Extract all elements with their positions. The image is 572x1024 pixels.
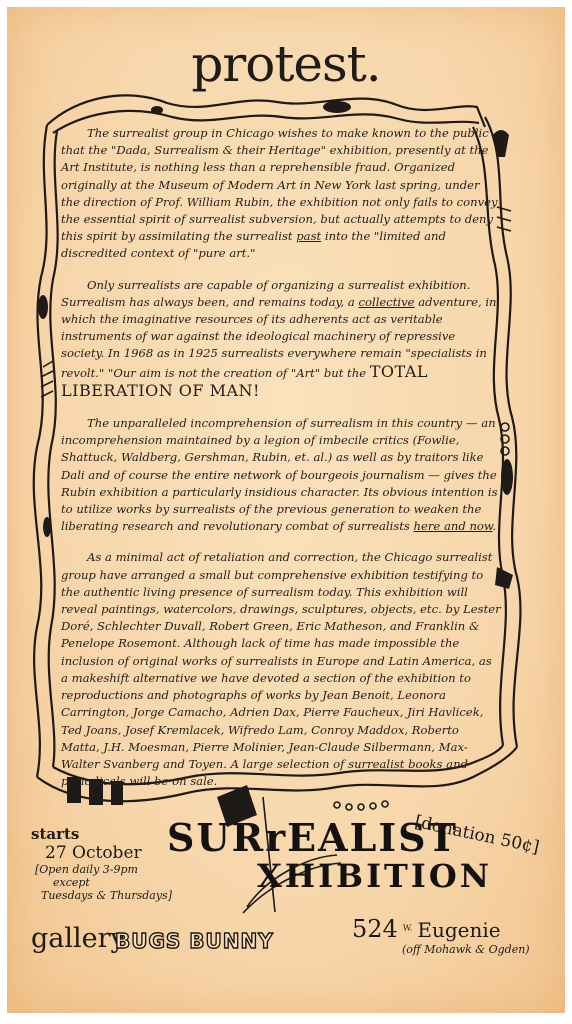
hours-except: except xyxy=(31,876,172,889)
paragraph-1: The surrealist group in Chicago wishes t… xyxy=(61,125,501,263)
paragraph-4: As a minimal act of retaliation and corr… xyxy=(61,549,501,790)
poster-sheet: protest. xyxy=(7,7,565,1013)
gallery-name: BUGS BUNNY xyxy=(115,929,274,953)
underlined-here-and-now: here and now xyxy=(414,519,493,533)
paragraph-3: The unparalleled incomprehension of surr… xyxy=(61,415,501,535)
start-date: 27 October xyxy=(31,843,172,863)
street-number: 524 xyxy=(352,915,398,943)
closed-days: Tuesdays & Thursdays] xyxy=(31,889,172,902)
underlined-collective: collective xyxy=(359,295,415,309)
manifesto-text: The surrealist group in Chicago wishes t… xyxy=(61,125,501,804)
paragraph-2: Only surrealists are capable of organizi… xyxy=(61,277,501,401)
gallery-word: gallery xyxy=(31,923,126,954)
starts-label: starts xyxy=(31,825,172,843)
headline-exhibition: XHIBITION xyxy=(257,857,492,895)
address-block: 524 W. Eugenie (off Mohawk & Ogden) xyxy=(352,915,501,943)
street-direction: W. xyxy=(403,924,412,933)
underlined-past: past xyxy=(296,229,321,243)
opening-hours: [Open daily 3-9pm xyxy=(31,863,172,876)
schedule-block: starts 27 October [Open daily 3-9pm exce… xyxy=(31,825,172,902)
cross-streets: (off Mohawk & Ogden) xyxy=(402,943,530,956)
street-name: Eugenie xyxy=(417,918,500,942)
